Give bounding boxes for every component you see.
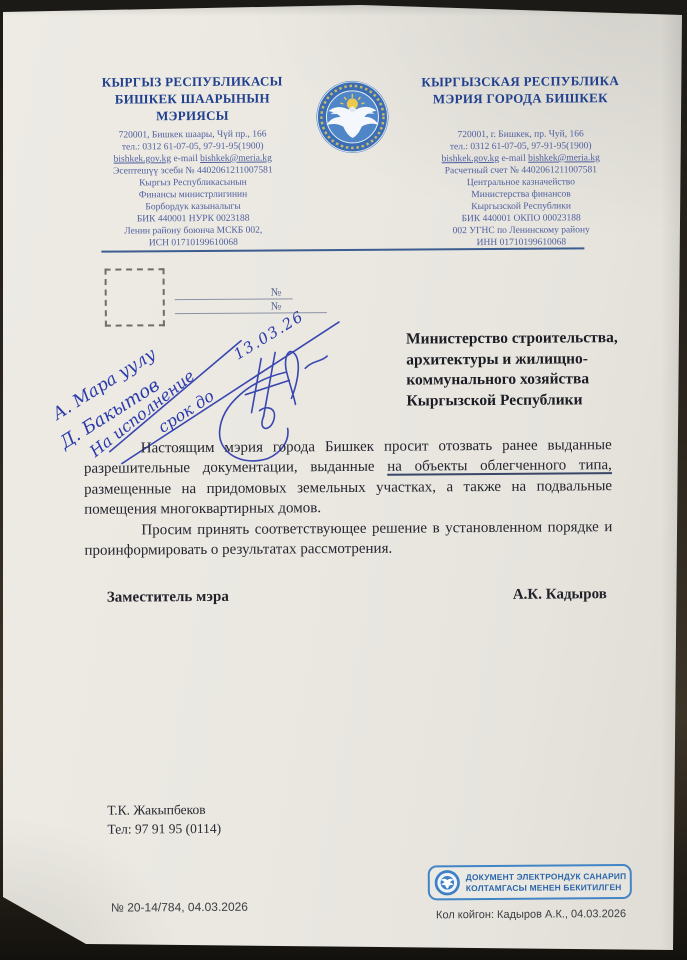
addressee-block: Министерство строительства, архитектуры …: [406, 328, 655, 412]
paragraph-1: Настоящим мэрия города Бишкек просит ото…: [84, 435, 613, 520]
signer-name: А.К. Кадыров: [513, 586, 607, 604]
document-ref-number: № 20-14/784, 04.03.2026: [111, 900, 248, 915]
executor-block: Т.К. Жакыпбеков Тел: 97 91 95 (0114): [107, 800, 221, 839]
website-link: bishkek.gov.kg: [442, 154, 500, 164]
stamp-text-line1: ДОКУМЕНТ ЭЛЕКТРОНДУК САНАРИП: [466, 871, 627, 883]
org-bank-details-russian: Расчетный счет № 4402061211007581 Центра…: [394, 164, 649, 250]
stamp-emblem-icon: [434, 869, 461, 896]
email-link: bishkek@meria.kg: [528, 153, 600, 164]
stamp-placeholder-box: [105, 268, 165, 326]
signature-row: Заместитель мэра А.К. Кадыров: [89, 586, 613, 607]
letter-paper: КЫРГЫЗ РЕСПУБЛИКАСЫ БИШКЕК ШААРЫНЫН МЭРИ…: [0, 0, 687, 960]
letterhead-russian: КЫРГЫЗСКАЯ РЕСПУБЛИКА МЭРИЯ ГОРОДА БИШКЕ…: [393, 72, 648, 250]
executor-name: Т.К. Жакыпбеков: [107, 800, 221, 820]
handwritten-date: 13.03.26: [230, 307, 307, 363]
number-sign: №: [271, 300, 282, 312]
scanned-letter-photo: КЫРГЫЗ РЕСПУБЛИКАСЫ БИШКЕК ШААРЫНЫН МЭРИ…: [0, 0, 687, 960]
letterhead-kyrgyz: КЫРГЫЗ РЕСПУБЛИКАСЫ БИШКЕК ШААРЫНЫН МЭРИ…: [83, 72, 302, 250]
email-link: bishkek@meria.kg: [200, 153, 272, 164]
email-label: e-mail: [501, 154, 525, 164]
coat-of-arms-icon: [315, 80, 390, 155]
org-address-russian: 720001, г. Бишкек, пр. Чуй, 166 тел.: 03…: [394, 128, 648, 154]
org-bank-details-kyrgyz: Эсептешүү эсеби № 4402061211007581 Кыргы…: [84, 164, 303, 250]
email-label: e-mail: [173, 154, 197, 164]
digital-signature-stamp: ДОКУМЕНТ ЭЛЕКТРОНДУК САНАРИП КОЛТАМГАСЫ …: [428, 864, 632, 900]
executor-phone: Тел: 97 91 95 (0114): [107, 819, 221, 839]
org-title-russian: КЫРГЫЗСКАЯ РЕСПУБЛИКА МЭРИЯ ГОРОДА БИШКЕ…: [393, 72, 647, 130]
stamp-text-line2: КОЛТАМГАСЫ МЕНЕН БЕКИТИЛГЕН: [466, 882, 627, 894]
signer-position: Заместитель мэра: [107, 589, 229, 607]
org-title-kyrgyz: КЫРГЫЗ РЕСПУБЛИКАСЫ БИШКЕК ШААРЫНЫН МЭРИ…: [83, 72, 301, 130]
letter-body: Настоящим мэрия города Бишкек просит ото…: [84, 435, 613, 561]
website-link: bishkek.gov.kg: [114, 154, 172, 164]
reference-line-2: №: [175, 297, 327, 314]
signed-by-caption: Кол койгон: Кадыров А.К., 04.03.2026: [423, 908, 639, 922]
p1-after: размещенные на придомовых земельных учас…: [84, 478, 612, 518]
p1-underlined-phrase: на объекты облегченного типа,: [387, 458, 612, 476]
org-address-kyrgyz: 720001, Бишкек шаары, Чүй пр., 166 тел.:…: [84, 128, 302, 154]
letter-content: КЫРГЫЗ РЕСПУБЛИКАСЫ БИШКЕК ШААРЫНЫН МЭРИ…: [0, 0, 687, 960]
paragraph-2: Просим принять соответствующее решение в…: [84, 517, 612, 561]
